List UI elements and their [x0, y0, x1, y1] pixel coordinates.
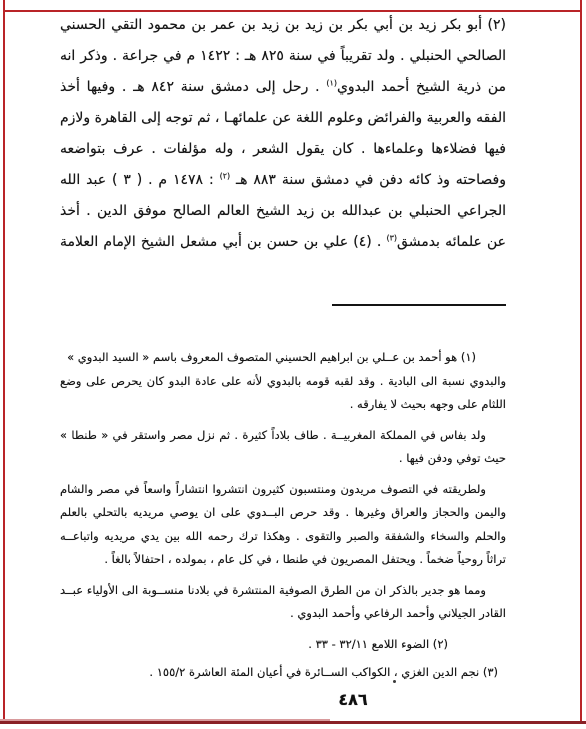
- main-text-line: وفصاحته وذ كائه دفن في دمشق سنة ٨٨٣ هـ (…: [60, 165, 506, 196]
- line-text: فيها فضلاءها وعلماءها . كان يقول الشعر ،…: [60, 141, 506, 157]
- page-border-left: [3, 0, 5, 723]
- footnote-marker: (١): [326, 78, 337, 87]
- page-number: ٤٨٦: [320, 690, 386, 709]
- footnote-line: ولطريقته في التصوف مريدون ومنتسبون كثيرو…: [60, 478, 506, 502]
- footnote-marker: (٢): [220, 171, 231, 180]
- footnote-reference-3: (٣) نجم الدين الغزي ، الكواكب الســائرة …: [60, 661, 506, 685]
- main-text-line: (٢) أبو بكر زيد بن أبي بكر بن زيد بن زيد…: [60, 10, 506, 41]
- line-text: عن علمائه بدمشق: [397, 234, 506, 250]
- line-text: (٢) أبو بكر زيد بن أبي بكر بن زيد بن زيد…: [60, 17, 506, 41]
- footnote-line: (١) هو أحمد بن عــلي بن ابراهيم الحسيني …: [60, 346, 506, 370]
- ink-speck: [393, 680, 396, 683]
- line-text: : ١٤٧٨ م . ( ٣ ) عبد الله: [60, 172, 220, 188]
- page-border-right: [580, 0, 582, 723]
- main-text-line: الصالحي الحنبلي . ولد تقريباً في سنة ٨٢٥…: [60, 41, 506, 72]
- footnote-line: اللثام على وجهه بحيث لا يفارقه .: [60, 393, 506, 417]
- line-text: . (٤) علي بن حسن بن أبي مشعل الشيخ الإما…: [60, 234, 386, 250]
- footnote-line: واليمن والحجاز والعراق وغيرها . وقد حرص …: [60, 501, 506, 525]
- line-text: وفصاحته وذ كائه دفن في دمشق سنة ٨٨٣ هـ: [230, 172, 506, 188]
- footnote-line: تراثاً روحياً ضخماً . ويحتفل المصريون في…: [60, 548, 506, 572]
- footnote-line: والحلم والسخاء والشفقة والصبر والتقوى . …: [60, 525, 506, 549]
- main-text-line: الفقه والعربية والفرائض وعلوم اللغة عن ع…: [60, 103, 506, 134]
- main-text-line: الجراعي الحنبلي بن عبدالله بن زيد الشيخ …: [60, 196, 506, 227]
- footnote-line: ولد بفاس في المملكة المغربيــة . طاف بلا…: [60, 424, 506, 448]
- line-text: . رحل إلى دمشق سنة ٨٤٢ هـ . وفيها أخذ: [60, 79, 326, 95]
- main-text: (٢) أبو بكر زيد بن أبي بكر بن زيد بن زيد…: [60, 10, 506, 258]
- line-text: الجراعي الحنبلي بن عبدالله بن زيد الشيخ …: [60, 203, 506, 227]
- footnote-paragraph: ولطريقته في التصوف مريدون ومنتسبون كثيرو…: [60, 478, 506, 572]
- footnotes: (١) هو أحمد بن عــلي بن ابراهيم الحسيني …: [60, 346, 506, 685]
- line-text: الفقه والعربية والفرائض وعلوم اللغة عن ع…: [60, 110, 506, 126]
- book-page: (٢) أبو بكر زيد بن أبي بكر بن زيد بن زيد…: [0, 0, 586, 729]
- footnote-line: حيث توفي ودفن فيها .: [60, 447, 506, 471]
- main-text-line: عن علمائه بدمشق(٣) . (٤) علي بن حسن بن أ…: [60, 227, 506, 258]
- footnote-marker: (٣): [386, 233, 397, 242]
- line-text: من ذرية الشيخ أحمد البدوي: [337, 79, 506, 95]
- main-text-line: من ذرية الشيخ أحمد البدوي(١) . رحل إلى د…: [60, 72, 506, 103]
- footnote-paragraph: (١) هو أحمد بن عــلي بن ابراهيم الحسيني …: [60, 346, 506, 417]
- footnote-reference-2: (٢) الضوء اللامع ٣٢/١١ - ٣٣ .: [60, 633, 506, 657]
- page-border-bottom: [0, 721, 586, 724]
- footnote-line: القادر الجيلاني وأحمد الرفاعي وأحمد البد…: [60, 602, 506, 626]
- main-text-line: فيها فضلاءها وعلماءها . كان يقول الشعر ،…: [60, 134, 506, 165]
- line-text: الصالحي الحنبلي . ولد تقريباً في سنة ٨٢٥…: [60, 48, 506, 64]
- footnote-separator: [332, 304, 506, 306]
- footnote-paragraph: ومما هو جدير بالذكر ان من الطرق الصوفية …: [60, 579, 506, 626]
- footnote-paragraph: ولد بفاس في المملكة المغربيــة . طاف بلا…: [60, 424, 506, 471]
- footnote-line: والبدوي نسبة الى البادية . وقد لقبه قومه…: [60, 370, 506, 394]
- footnote-line: ومما هو جدير بالذكر ان من الطرق الصوفية …: [60, 579, 506, 603]
